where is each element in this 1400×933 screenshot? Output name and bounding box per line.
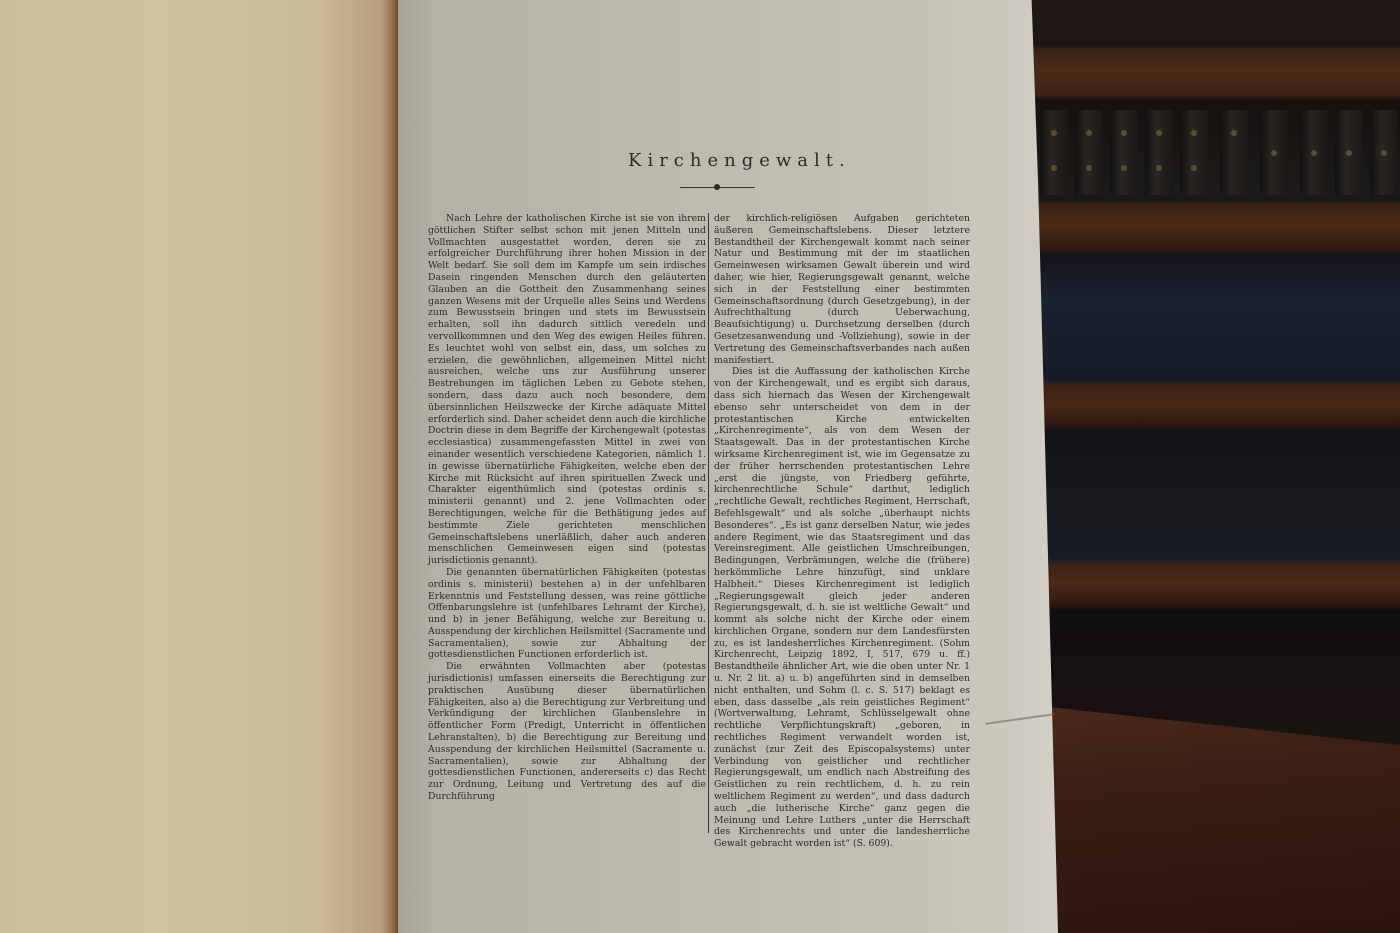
paragraph: der kirchlich-religiösen Aufgaben gerich… xyxy=(714,213,970,366)
book-spine xyxy=(1335,110,1363,195)
paragraph: Die erwähnten Vollmachten aber (potestas… xyxy=(428,661,706,803)
title-ornament-dot xyxy=(714,184,720,190)
book-spine xyxy=(1370,110,1398,195)
book-spine xyxy=(1260,110,1288,195)
book-spine xyxy=(1040,110,1068,195)
book-spine xyxy=(1145,110,1173,195)
text-column-right: der kirchlich-religiösen Aufgaben gerich… xyxy=(714,213,970,850)
background-table xyxy=(1030,705,1400,933)
page-title: Kirchengewalt. xyxy=(628,150,828,171)
background-bookshelf xyxy=(1030,0,1400,720)
paragraph: Nach Lehre der katholischen Kirche ist s… xyxy=(428,213,706,567)
book-spine xyxy=(1075,110,1103,195)
text-column-left: Nach Lehre der katholischen Kirche ist s… xyxy=(428,213,706,803)
paragraph: Die genannten übernatürlichen Fähigkeite… xyxy=(428,567,706,661)
book-spine xyxy=(1220,110,1248,195)
paragraph: Dies ist die Auffassung der katholischen… xyxy=(714,366,970,850)
column-divider xyxy=(708,213,709,833)
left-page-blank xyxy=(0,0,398,933)
book-spine xyxy=(1300,110,1328,195)
book-spine xyxy=(1180,110,1208,195)
book-spine xyxy=(1110,110,1138,195)
